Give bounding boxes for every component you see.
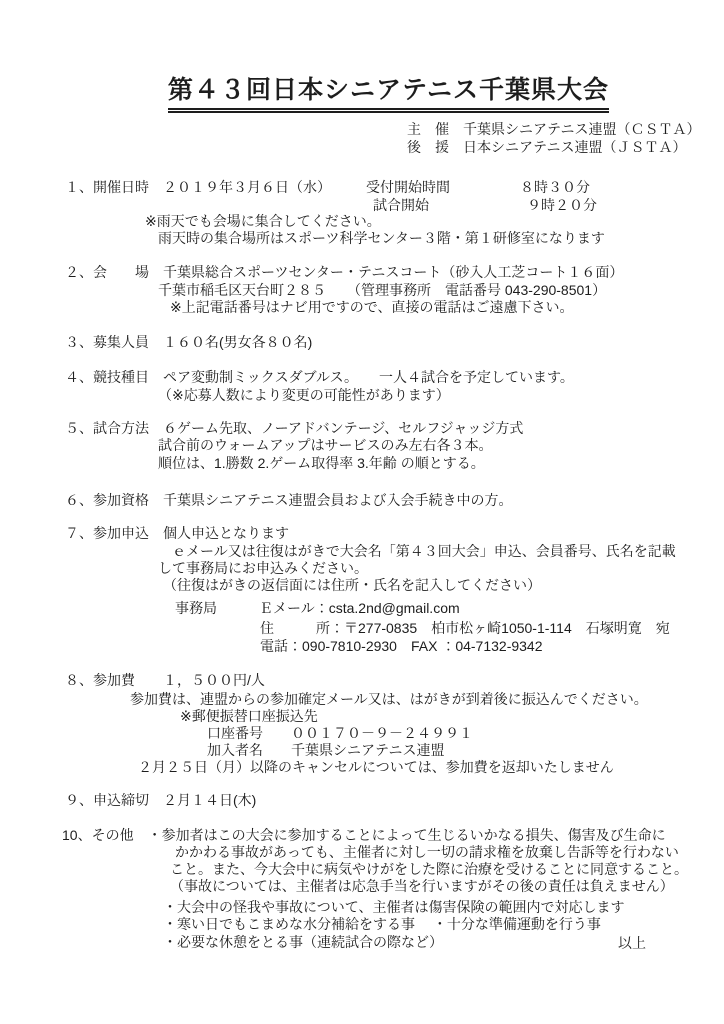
line-venue-phone-note: ※上記電話番号はナビ用ですので、直接の電話はご遠慮下さい。 [170, 300, 573, 315]
line-entry-method-1: ｅメール又は往復はがきで大会名「第４３回大会」申込、会員番号、氏名を記載 [172, 544, 676, 559]
line-other-7: ・必要な休憩をとる事（連続試合の際など） [163, 935, 443, 950]
line-eligibility: ６、参加資格 千葉県シニアテニス連盟会員および入会手続き中の方。 [65, 493, 512, 508]
line-office-address: 住 所：〒277-0835 柏市松ヶ崎1050-1-114 石塚明寛 宛 [260, 621, 670, 636]
line-venue-name: ２、会 場 千葉県総合スポーツセンター・テニスコート（砂入人工芝コート１６面） [65, 265, 623, 280]
line-match-rules-1: ５、試合方法 ６ゲーム先取、ノーアドバンテージ、セルフジャッジ方式 [65, 421, 523, 436]
line-event-type: ４、競技種目 ペア変動制ミックスダブルス。 一人４試合を予定しています。 [65, 370, 574, 385]
document-title: 第４３回日本シニアテニス千葉県大会 [168, 70, 609, 113]
line-fee-payment: 参加費は、連盟からの参加確定メール又は、はがきが到着後に振込んでください。 [130, 692, 648, 707]
line-fee-transfer: ※郵便振替口座振込先 [180, 709, 318, 724]
line-entry-deadline: ９、申込締切 ２月１４日(木) [65, 793, 256, 808]
line-event-type-note: （※応募人数により変更の可能性があります） [158, 388, 450, 403]
line-capacity: ３、募集人員 １６０名(男女各８０名) [65, 335, 312, 350]
line-other-2: かかわる事故があっても、主催者に対し一切の請求権を放棄し告訴等を行わない [175, 845, 679, 860]
line-entry-heading: ７、参加申込 個人申込となります [65, 526, 289, 541]
document-page: 第４３回日本シニアテニス千葉県大会 主 催 千葉県シニアテニス連盟（ＣＳＴＡ）後… [0, 0, 724, 1024]
line-office-phone-fax: 電話：090-7810-2930 FAX ：04-7132-9342 [260, 639, 543, 654]
line-rain-note-2: 雨天時の集合場所はスポーツ科学センター３階・第１研修室になります [158, 231, 605, 246]
line-match-rules-2: 試合前のウォームアップはサービスのみ左右各３本。 [158, 438, 492, 453]
line-account-holder: 加入者名 千葉県シニアテニス連盟 [207, 743, 444, 758]
line-supporter: 後 援 日本シニアテニス連盟（ＪＳＴＡ） [407, 140, 686, 155]
line-other-5: ・大会中の怪我や事故について、主催者は傷害保険の範囲内で対応します [163, 900, 624, 915]
line-event-datetime: １、開催日時 ２０１９年３月６日（水） 受付開始時間 ８時３０分 [65, 180, 590, 195]
line-other-3: こと。また、今大会中に病気やけがをした際に治療を受けることに同意すること。 [170, 862, 688, 877]
line-closing: 以上 [618, 936, 646, 951]
line-other-1: 10、その他 ・参加者はこの大会に参加することによって生じるいかなる損失、傷害及… [62, 828, 666, 843]
line-entry-method-3: （往復はがきの返信面には住所・氏名を記入してください） [163, 578, 541, 593]
line-account-number: 口座番号 ００１７０－９－２４９９１ [207, 726, 473, 741]
line-entry-method-2: して事務局にお申込みください。 [158, 561, 368, 576]
line-rain-note-1: ※雨天でも会場に集合してください。 [145, 214, 381, 229]
line-match-start-time: 試合開始 ９時２０分 [373, 198, 597, 213]
line-fee: ８、参加費 １，５００円/人 [65, 673, 265, 688]
line-organizer: 主 催 千葉県シニアテニス連盟（ＣＳＴＡ） [407, 122, 700, 137]
line-office-email: 事務局 Ｅメール：csta.2nd@gmail.com [175, 601, 460, 616]
line-match-rules-3: 順位は、1.勝数 2.ゲーム取得率 3.年齢 の順とする。 [158, 456, 485, 471]
line-other-6: ・寒い日でもこまめな水分補給をする事 ・十分な準備運動を行う事 [163, 917, 601, 932]
line-venue-address: 千葉市稲毛区天台町２８５ （管理事務所 電話番号 043-290-8501） [158, 283, 606, 298]
line-other-4: （事故については、主催者は応急手当を行いますがその後の責任は負えません） [170, 879, 674, 894]
line-cancel-policy: ２月２５日（月）以降のキャンセルについては、参加費を返却いたしません [138, 760, 614, 775]
